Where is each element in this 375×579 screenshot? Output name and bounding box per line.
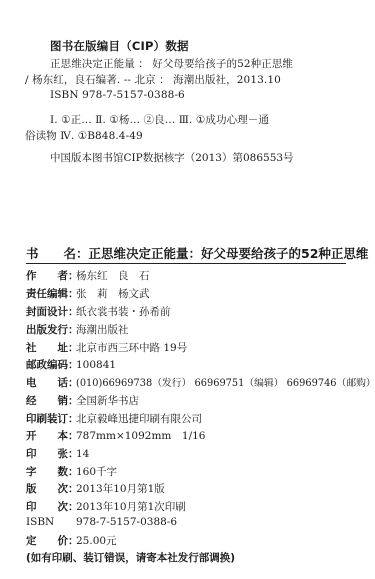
row-label: 版 次： [26,481,76,496]
price-row: 定 价：25.00元 [26,533,117,548]
edition-row: 版 次：2013年10月第1版 [26,481,165,496]
row-value: 100841 [76,359,116,371]
editor-row: 责任编辑：张 莉 杨文武 [26,286,150,301]
cip-isbn: ISBN 978-7-5157-0388-6 [50,89,185,101]
row-label: 印 次： [26,499,76,514]
author-row: 作 者：杨东红 良 石 [26,268,150,283]
postcode-row: 邮政编码：100841 [26,357,116,372]
row-label: 开 本： [26,428,76,443]
row-label: 电 话： [26,375,76,390]
publisher-row: 出版发行：海潮出版社 [26,322,129,337]
distributor-row: 经 销：全国新华书店 [26,393,139,408]
cip-line: / 杨东红，良石编著. -- 北京 ： 海潮出版社，2013.10 [25,72,281,87]
printing-row: 印 次：2013年10月第1次印刷 [26,499,186,514]
row-label: 邮政编码： [26,357,76,372]
row-value: 全国新华书店 [76,395,139,407]
printer-row: 印刷装订：北京毅峰迅捷印刷有限公司 [26,411,202,426]
row-value: 787mm×1092mm 1/16 [76,430,205,442]
row-label: 社 址： [26,340,76,355]
cip-line: 俗读物 Ⅳ. ①B848.4-49 [25,128,143,143]
divider-rule [26,263,346,264]
row-label: 印刷装订： [26,411,76,426]
row-value: 160千字 [76,466,117,478]
row-label: 定 价： [26,533,76,548]
row-label: 经 销： [26,393,76,408]
phone-row: 电 话：(010)66969738（发行） 66969751（编辑） 66969… [26,375,375,390]
row-value: 978-7-5157-0388-6 [76,516,177,528]
row-value: 2013年10月第1次印刷 [76,501,186,513]
row-value: 杨东红 良 石 [76,270,150,282]
format-row: 开 本：787mm×1092mm 1/16 [26,428,205,443]
row-value: 纸衣裳书装・孙希前 [76,306,171,318]
cip-heading: 图书在版编目（CIP）数据 [50,38,189,54]
row-value: 海潮出版社 [76,324,129,336]
cip-library-number: 中国版本图书馆CIP数据核字（2013）第086553号 [50,150,294,165]
row-label: ISBN [26,516,76,528]
row-value: 北京毅峰迅捷印刷有限公司 [76,413,202,425]
row-label: 责任编辑： [26,286,76,301]
row-label: 出版发行： [26,322,76,337]
word-count-row: 字 数：160千字 [26,464,117,479]
sheets-row: 印 张：14 [26,446,89,461]
error-notice: (如有印刷、装订错误，请寄本社发行部调换) [26,550,235,565]
row-label: 封面设计： [26,304,76,319]
row-label: 字 数： [26,464,76,479]
cip-line: 正思维决定正能量 ： 好父母要给孩子的52种正思维 [50,56,293,71]
cip-line: Ⅰ. ①正… Ⅱ. ①杨… ②良… Ⅲ. ①成功心理－通 [50,112,269,127]
address-row: 社 址：北京市西三环中路 19号 [26,340,187,355]
row-value: 张 莉 杨文武 [76,288,150,300]
row-label: 印 张： [26,446,76,461]
row-value: 2013年10月第1版 [76,483,165,495]
book-title-label: 书 名： [26,246,89,261]
row-value: 25.00元 [76,535,117,547]
isbn-row: ISBN978-7-5157-0388-6 [26,516,177,528]
book-title-value: 正思维决定正能量：好父母要给孩子的52种正思维 [89,246,369,261]
cover-design-row: 封面设计：纸衣裳书装・孙希前 [26,304,171,319]
row-value: (010)66969738（发行） 66969751（编辑） 66969746（… [76,378,375,389]
row-label: 作 者： [26,268,76,283]
row-value: 14 [76,448,89,460]
book-title-row: 书 名：正思维决定正能量：好父母要给孩子的52种正思维 [26,244,368,262]
row-value: 北京市西三环中路 19号 [76,342,187,354]
